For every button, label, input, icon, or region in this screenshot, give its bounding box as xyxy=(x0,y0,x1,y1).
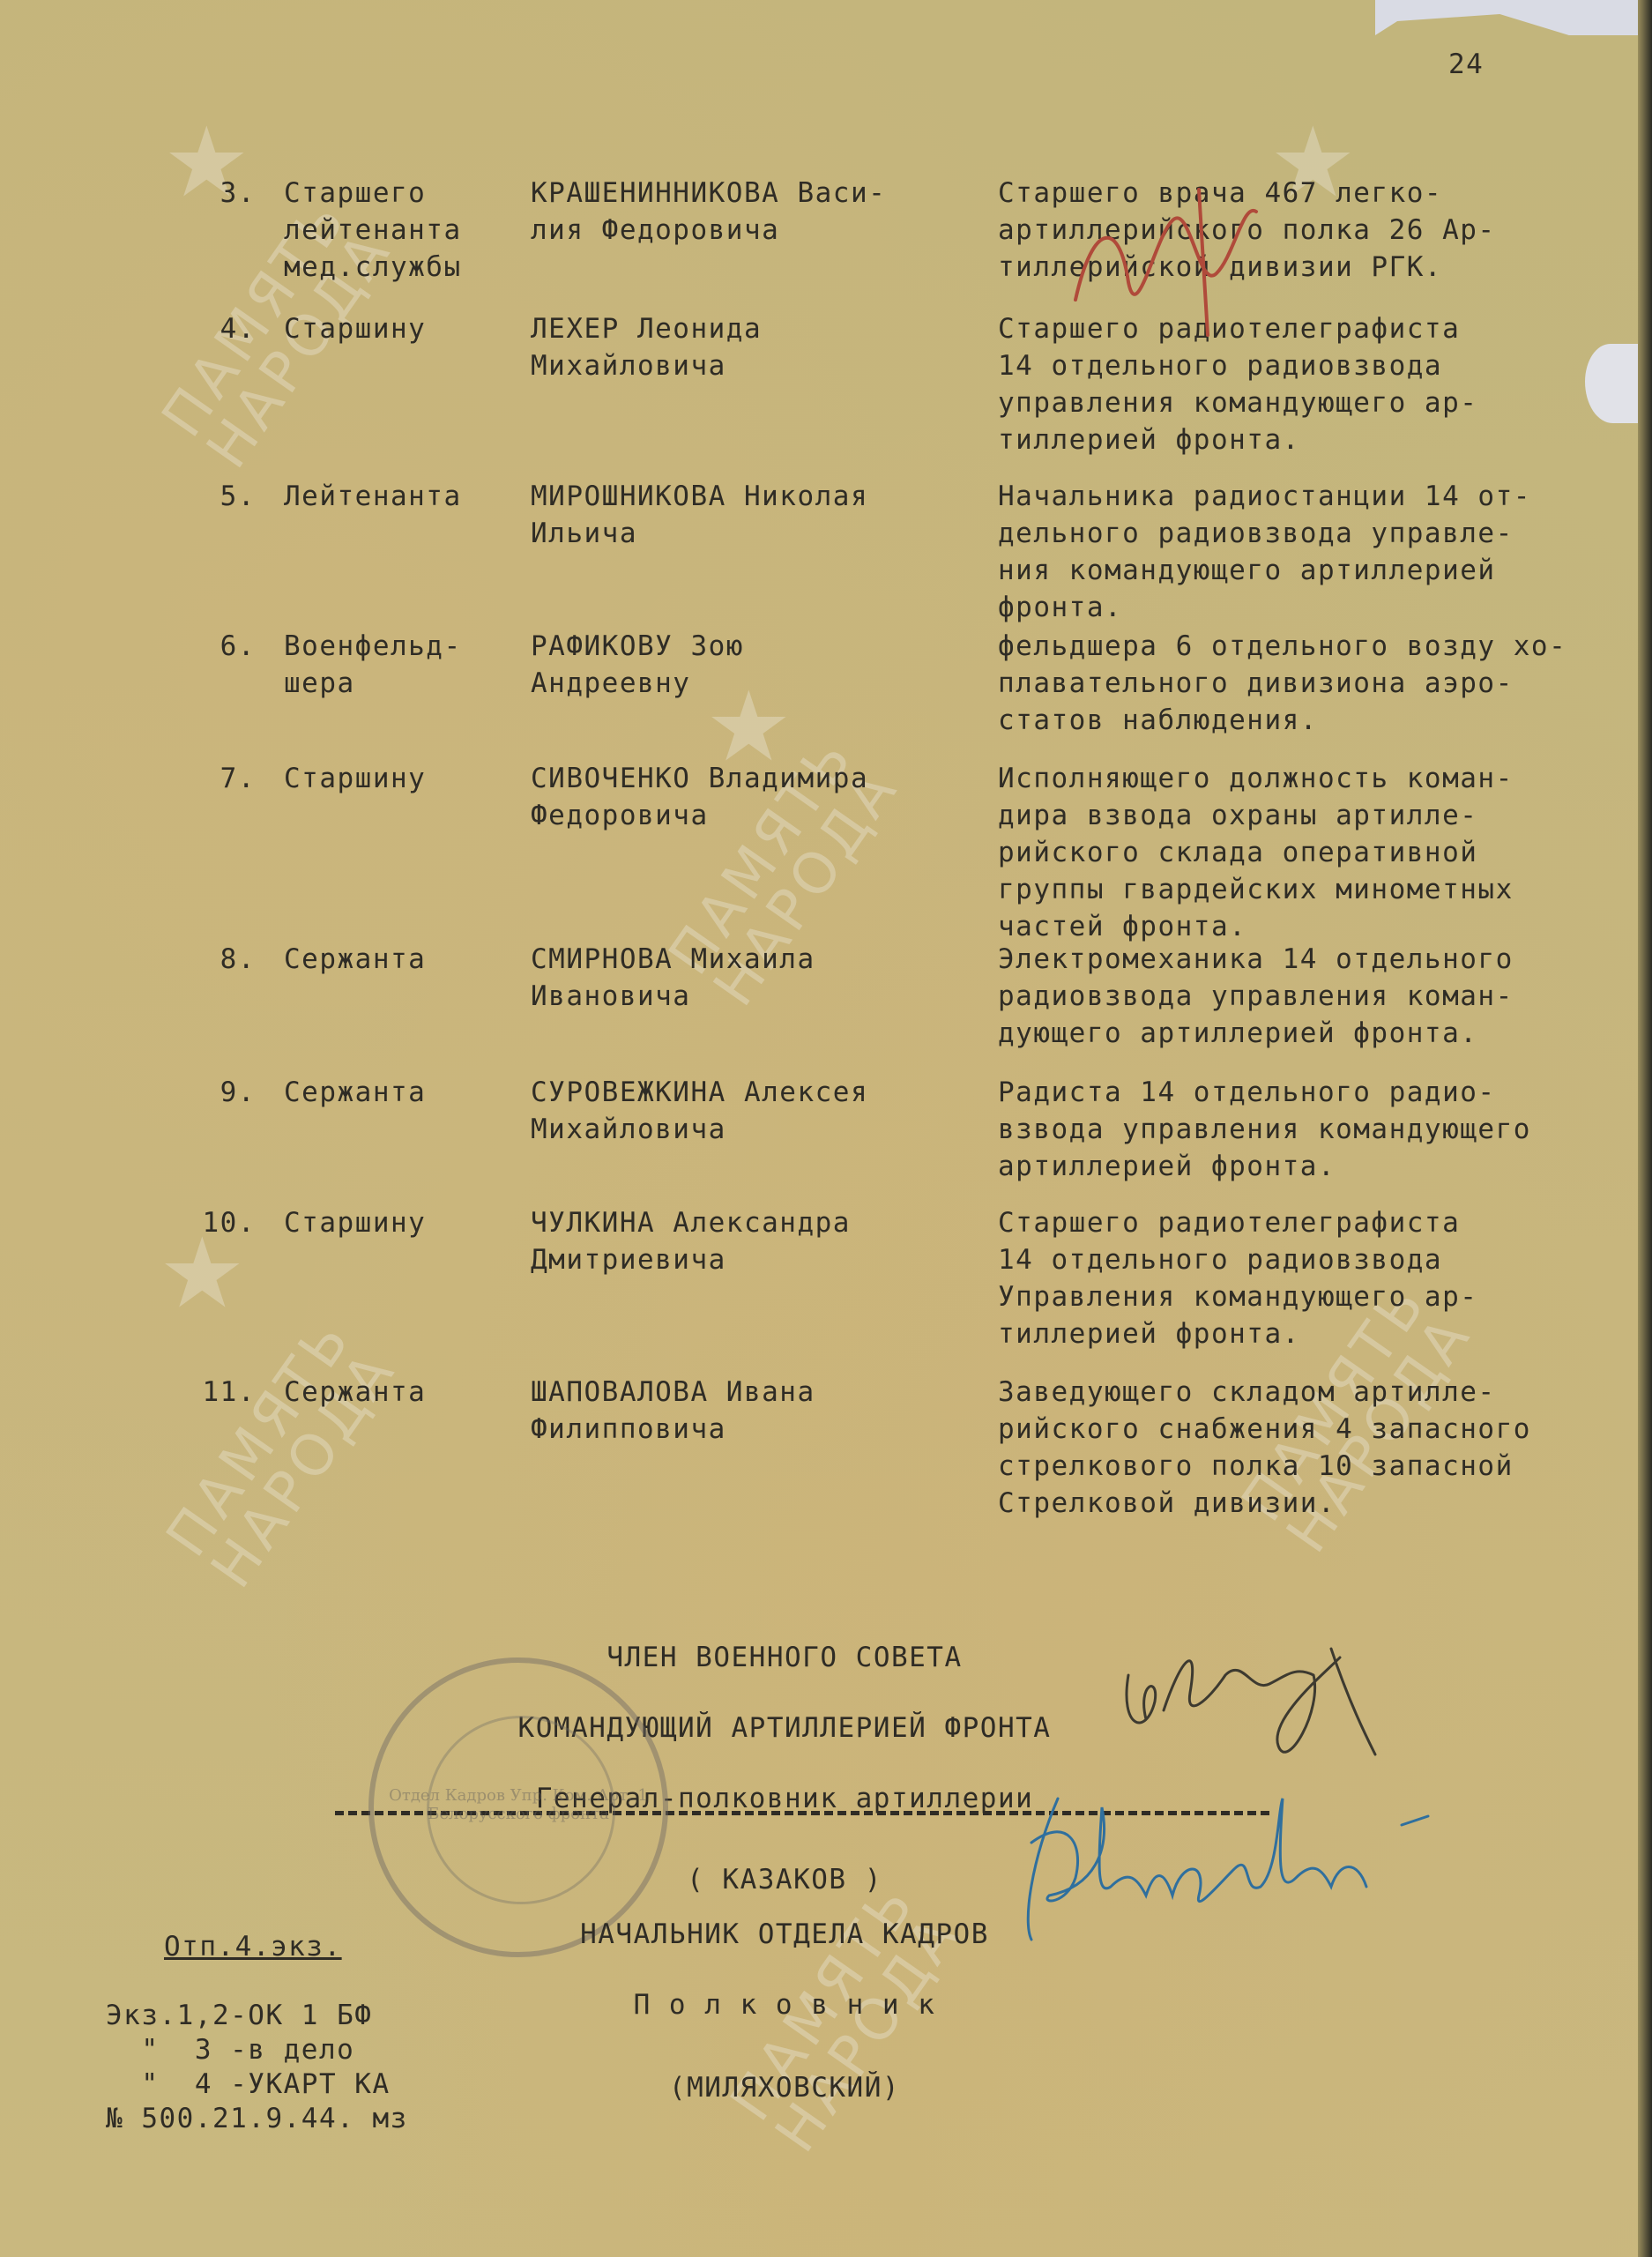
entry-number: 3. xyxy=(194,175,256,212)
entry-rank: Старшину xyxy=(284,760,513,797)
entry-position: фельдшера 6 отдельного возду хо- плавате… xyxy=(998,628,1633,739)
entry-number: 10. xyxy=(194,1204,256,1241)
page-number: 24 xyxy=(1448,46,1484,83)
signature-milyakhovsky xyxy=(1014,1790,1507,1966)
entry-name: РАФИКОВУ Зою Андреевну xyxy=(531,628,989,702)
entry-name: МИРОШНИКОВА Николая Ильича xyxy=(531,478,989,552)
entry-name: СИВОЧЕНКО Владимира Федоровича xyxy=(531,760,989,834)
entry-number: 7. xyxy=(194,760,256,797)
torn-top-edge xyxy=(1375,0,1652,35)
entry-name: ЧУЛКИНА Александра Дмитриевича xyxy=(531,1204,989,1278)
entry-rank: Сержанта xyxy=(284,1074,513,1111)
stamp-text: Отдел Кадров Упр. Ком. Арт. 1 Белорусско… xyxy=(374,1786,663,1823)
entry-position: Старшего радиотелеграфиста 14 отдельного… xyxy=(998,1204,1633,1352)
entry-rank: Старшину xyxy=(284,1204,513,1241)
copies-list: Экз.1,2-ОК 1 БФ " 3 -в дело " 4 -УКАРТ К… xyxy=(106,1999,408,2136)
entry-rank: Лейтенанта xyxy=(284,478,513,515)
entry-name: КРАШЕНИННИКОВА Васи- лия Федоровича xyxy=(531,175,989,249)
entry-name: СМИРНОВА Михаила Ивановича xyxy=(531,941,989,1015)
entry-rank: Старшину xyxy=(284,310,513,347)
watermark: ПАМЯТЬ НАРОДА xyxy=(159,1310,406,1598)
signatory-title: НАЧАЛЬНИК ОТДЕЛА КАДРОВ xyxy=(529,1917,1040,1952)
entry-position: Радиста 14 отдельного радио- взвода упра… xyxy=(998,1074,1633,1185)
distribution-notes: Отп.4.экз. Экз.1,2-ОК 1 БФ " 3 -в дело "… xyxy=(106,1896,408,2171)
entry-name: ШАПОВАЛОВА Ивана Филипповича xyxy=(531,1374,989,1448)
document-page: ★ ПАМЯТЬ НАРОДА ★ ★ ПАМЯТЬ НАРОДА ★ ПАМЯ… xyxy=(0,0,1652,2257)
entry-number: 9. xyxy=(194,1074,256,1111)
entry-rank: Сержанта xyxy=(284,941,513,978)
entry-name: СУРОВЕЖКИНА Алексея Михайловича xyxy=(531,1074,989,1148)
entry-number: 4. xyxy=(194,310,256,347)
entry-position: Электромеханика 14 отдельного радиовзвод… xyxy=(998,941,1633,1052)
entry-position: Начальника радиостанции 14 от- дельного … xyxy=(998,478,1633,626)
entry-number: 11. xyxy=(194,1374,256,1411)
entry-rank: Сержанта xyxy=(284,1374,513,1411)
entry-number: 5. xyxy=(194,478,256,515)
signatory-rank: П о л к о в н и к xyxy=(529,1987,1040,2022)
red-pencil-mark xyxy=(1067,185,1296,344)
entry-position: Заведующего складом артилле- рийского сн… xyxy=(998,1374,1633,1522)
entry-name: ЛЕХЕР Леонида Михайловича xyxy=(531,310,989,384)
signatory-block-personnel: НАЧАЛЬНИК ОТДЕЛА КАДРОВ П о л к о в н и … xyxy=(529,1881,1040,2141)
entry-number: 8. xyxy=(194,941,256,978)
signature-kazakov xyxy=(1111,1622,1393,1799)
entry-rank: Военфельд- шера xyxy=(284,628,513,702)
copies-header: Отп.4.экз. xyxy=(164,1930,408,1964)
entry-number: 6. xyxy=(194,628,256,665)
signatory-name: (МИЛЯХОВСКИЙ) xyxy=(529,2070,1040,2105)
entry-rank: Старшего лейтенанта мед.службы xyxy=(284,175,513,286)
scan-edge xyxy=(1638,0,1652,2257)
entry-position: Исполняющего должность коман- дира взвод… xyxy=(998,760,1633,945)
